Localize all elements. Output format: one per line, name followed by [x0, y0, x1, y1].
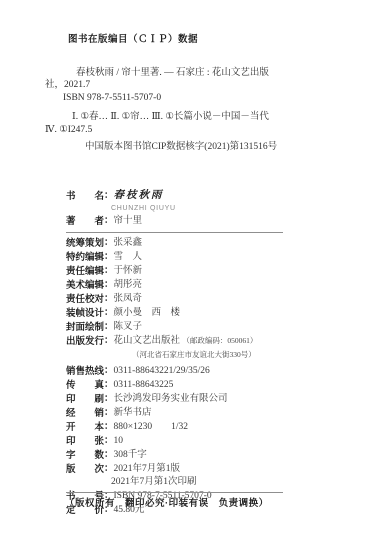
colon: ： [104, 307, 114, 318]
row-format: 开本：880×1230 1/32 [66, 420, 316, 434]
row-proofreader: 责任校对：张凤奇 [66, 292, 316, 306]
cip-record-line2: 社，2021.7 [45, 79, 335, 92]
field-label: 特约编辑 [66, 251, 104, 264]
field-label: 印张 [66, 435, 104, 448]
cip-block: 图书在版编目（ＣＩＰ）数据 春枝秋雨 / 帘十里著. — 石家庄 : 花山文艺出… [45, 34, 335, 154]
cip-heading: 图书在版编目（ＣＩＰ）数据 [68, 34, 335, 47]
row-cover-illustration: 封面绘制：陈叉子 [66, 320, 316, 334]
row-edition: 版次：2021年7月第1版 [66, 462, 316, 476]
field-value: 0311-88643225 [114, 380, 174, 390]
row-responsible-editor: 责任编辑：于怀新 [66, 264, 316, 278]
row-cover-design: 装帧设计：颜小曼 西 楼 [66, 306, 316, 320]
field-value: 新华书店 [114, 408, 152, 418]
field-label: 销售热线 [66, 365, 104, 378]
field-value: 陈叉子 [114, 322, 143, 332]
field-value: 2021年7月第1版 [114, 464, 181, 474]
row-art-editor: 美术编辑：胡彤亮 [66, 278, 316, 292]
cip-class-line2: Ⅳ. ①I247.5 [45, 124, 335, 137]
row-distributor: 经销：新华书店 [66, 406, 316, 420]
copyright-notice: （版权所有 翻印必究·印装有误 负责调换） [65, 495, 269, 509]
author-name: 帘十里 [114, 216, 143, 226]
field-value: 10 [114, 436, 124, 446]
cip-record-line1: 春枝秋雨 / 帘十里著. — 石家庄 : 花山文艺出版 [76, 67, 335, 80]
colon: ： [104, 237, 114, 248]
field-label: 责任编辑 [66, 265, 104, 278]
field-value: 880×1230 1/32 [114, 422, 189, 432]
row-planner: 统筹策划：张采鑫 [66, 236, 316, 250]
field-label: 封面绘制 [66, 321, 104, 334]
colophon-block: 书名：春枝秋雨 CHUNZHI QIUYU 著者：帘十里 统筹策划：张采鑫 特约… [66, 189, 316, 517]
colon: ： [104, 251, 114, 262]
field-value: 长沙鸿发印务实业有限公司 [114, 394, 228, 404]
publisher-name: 花山文艺出版社 [114, 336, 181, 346]
field-value: 308千字 [114, 450, 147, 460]
book-title: 春枝秋雨 [114, 190, 164, 201]
colon: ： [104, 190, 114, 201]
field-label: 责任校对 [66, 293, 104, 306]
field-value: 胡彤亮 [114, 280, 143, 290]
field-label: 书名 [66, 190, 104, 203]
cip-record: 春枝秋雨 / 帘十里著. — 石家庄 : 花山文艺出版 社，2021.7 ISB… [45, 67, 335, 105]
field-value: 雪 人 [114, 252, 143, 262]
row-fax: 传真：0311-88643225 [66, 378, 316, 392]
colon: ： [104, 335, 114, 346]
field-value: 张采鑫 [114, 238, 143, 248]
divider-line [66, 232, 283, 233]
field-label: 经销 [66, 407, 104, 420]
printing-run: 2021年7月第1次印刷 [111, 476, 316, 489]
publisher-address: （河北省石家庄市友谊北大街330号） [132, 348, 316, 361]
field-label: 传真 [66, 379, 104, 392]
copyright-page: 图书在版编目（ＣＩＰ）数据 春枝秋雨 / 帘十里著. — 石家庄 : 花山文艺出… [0, 0, 375, 543]
row-publisher: 出版发行：花山文艺出版社 （邮政编码：050061） [66, 334, 316, 348]
colon: ： [104, 435, 114, 446]
colon: ： [104, 293, 114, 304]
row-word-count: 字数：308千字 [66, 448, 316, 462]
row-special-editor: 特约编辑：雪 人 [66, 250, 316, 264]
colon: ： [104, 449, 114, 460]
field-label: 装帧设计 [66, 307, 104, 320]
colon: ： [104, 379, 114, 390]
field-label: 出版发行 [66, 335, 104, 348]
row-printer: 印刷：长沙鸿发印务实业有限公司 [66, 392, 316, 406]
cip-registry-number: 中国版本图书馆CIP数据核字(2021)第131516号 [85, 141, 335, 154]
field-value: 0311-88643221/29/35/26 [114, 366, 210, 376]
colon: ： [104, 279, 114, 290]
cip-isbn-line: ISBN 978-7-5511-5707-0 [63, 92, 335, 105]
row-book-title: 书名：春枝秋雨 [66, 189, 316, 203]
field-label: 版次 [66, 463, 104, 476]
field-label: 美术编辑 [66, 279, 104, 292]
colon: ： [104, 365, 114, 376]
field-label: 字数 [66, 449, 104, 462]
colon: ： [104, 421, 114, 432]
bottom-divider-line [66, 492, 283, 493]
colon: ： [104, 463, 114, 474]
row-printed-sheets: 印张：10 [66, 434, 316, 448]
book-title-pinyin: CHUNZHI QIUYU [111, 203, 316, 214]
colon: ： [104, 215, 114, 226]
colon: ： [104, 265, 114, 276]
field-label: 开本 [66, 421, 104, 434]
colon: ： [104, 407, 114, 418]
colon: ： [104, 321, 114, 332]
field-value: 于怀新 [114, 266, 143, 276]
cip-class-line1: Ⅰ. ①春… Ⅱ. ①帘… Ⅲ. ①长篇小说－中国－当代 [72, 111, 335, 124]
row-author: 著者：帘十里 [66, 214, 316, 228]
postal-code-note: （邮政编码：050061） [182, 336, 257, 345]
cip-classification: Ⅰ. ①春… Ⅱ. ①帘… Ⅲ. ①长篇小说－中国－当代 Ⅳ. ①I247.5 [45, 111, 335, 136]
field-value: 颜小曼 西 楼 [114, 308, 181, 318]
field-value: 张凤奇 [114, 294, 143, 304]
field-label: 著者 [66, 215, 104, 228]
colon: ： [104, 393, 114, 404]
row-sales-hotline: 销售热线：0311-88643221/29/35/26 [66, 364, 316, 378]
field-label: 印刷 [66, 393, 104, 406]
field-label: 统筹策划 [66, 237, 104, 250]
